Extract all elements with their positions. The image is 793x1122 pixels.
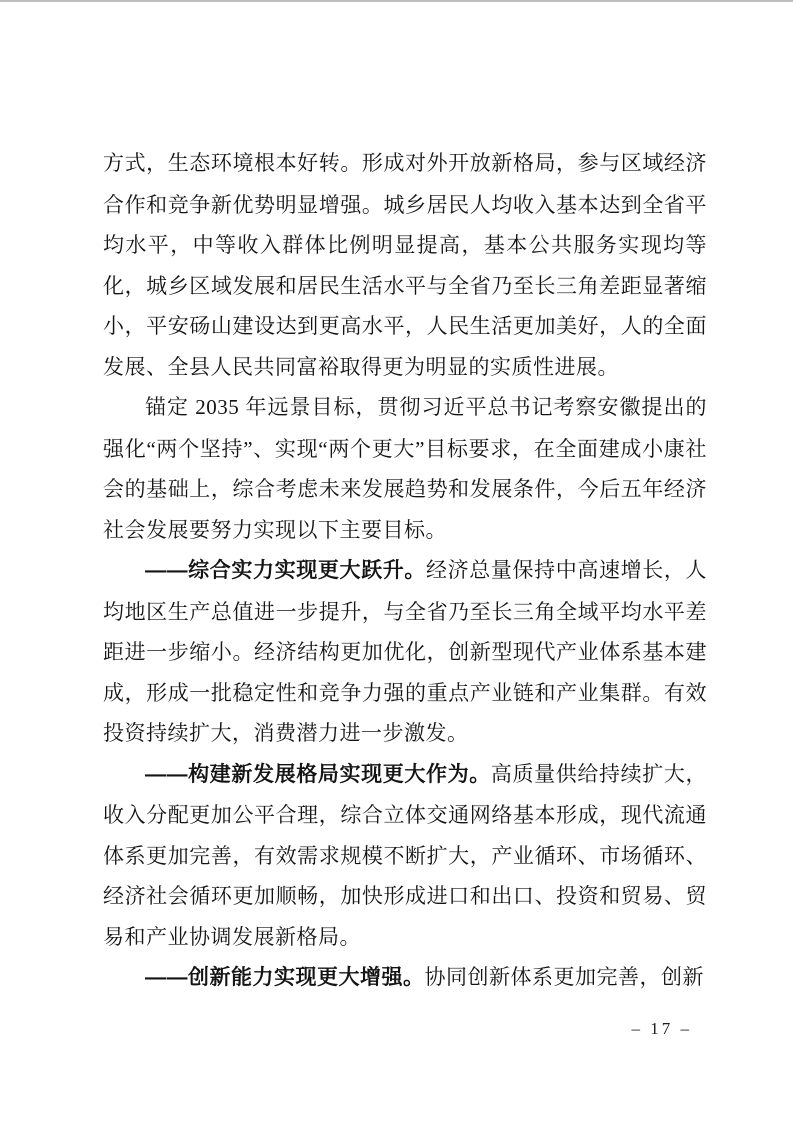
paragraph-lead: ——创新能力实现更大增强。 [145,966,425,989]
paragraph-continuation: 方式，生态环境根本好转。形成对外开放新格局，参与区域经济合作和竞争新优势明显增强… [103,143,707,387]
scan-edge-line [0,0,793,2]
paragraph-text: 经济总量保持中高速增长，人均地区生产总值进一步提升，与全省乃至长三角全域平均水平… [103,558,707,745]
paragraph-new-development-pattern: ——构建新发展格局实现更大作为。高质量供给持续扩大，收入分配更加公平合理，综合立… [103,754,707,958]
paragraph-text: 协同创新体系更加完善，创新 [425,965,705,989]
paragraph-text: 锚定 2035 年远景目标，贯彻习近平总书记考察安徽提出的强化“两个坚持”、实现… [103,395,707,542]
document-page: 方式，生态环境根本好转。形成对外开放新格局，参与区域经济合作和竞争新优势明显增强… [0,0,793,1122]
paragraph-lead: ——综合实力实现更大跃升。 [145,559,426,582]
paragraph-lead: ——构建新发展格局实现更大作为。 [145,763,491,786]
paragraph-comprehensive-strength: ——综合实力实现更大跃升。经济总量保持中高速增长，人均地区生产总值进一步提升，与… [103,550,707,754]
paragraph-text: 高质量供给持续扩大，收入分配更加公平合理，综合立体交通网络基本形成，现代流通体系… [103,762,707,949]
paragraph-goals-intro: 锚定 2035 年远景目标，贯彻习近平总书记考察安徽提出的强化“两个坚持”、实现… [103,387,707,550]
document-body: 方式，生态环境根本好转。形成对外开放新格局，参与区域经济合作和竞争新优势明显增强… [103,143,707,999]
paragraph-text: 方式，生态环境根本好转。形成对外开放新格局，参与区域经济合作和竞争新优势明显增强… [103,151,707,379]
page-number: – 17 – [632,1019,693,1039]
paragraph-innovation-capability: ——创新能力实现更大增强。协同创新体系更加完善，创新 [103,957,707,999]
